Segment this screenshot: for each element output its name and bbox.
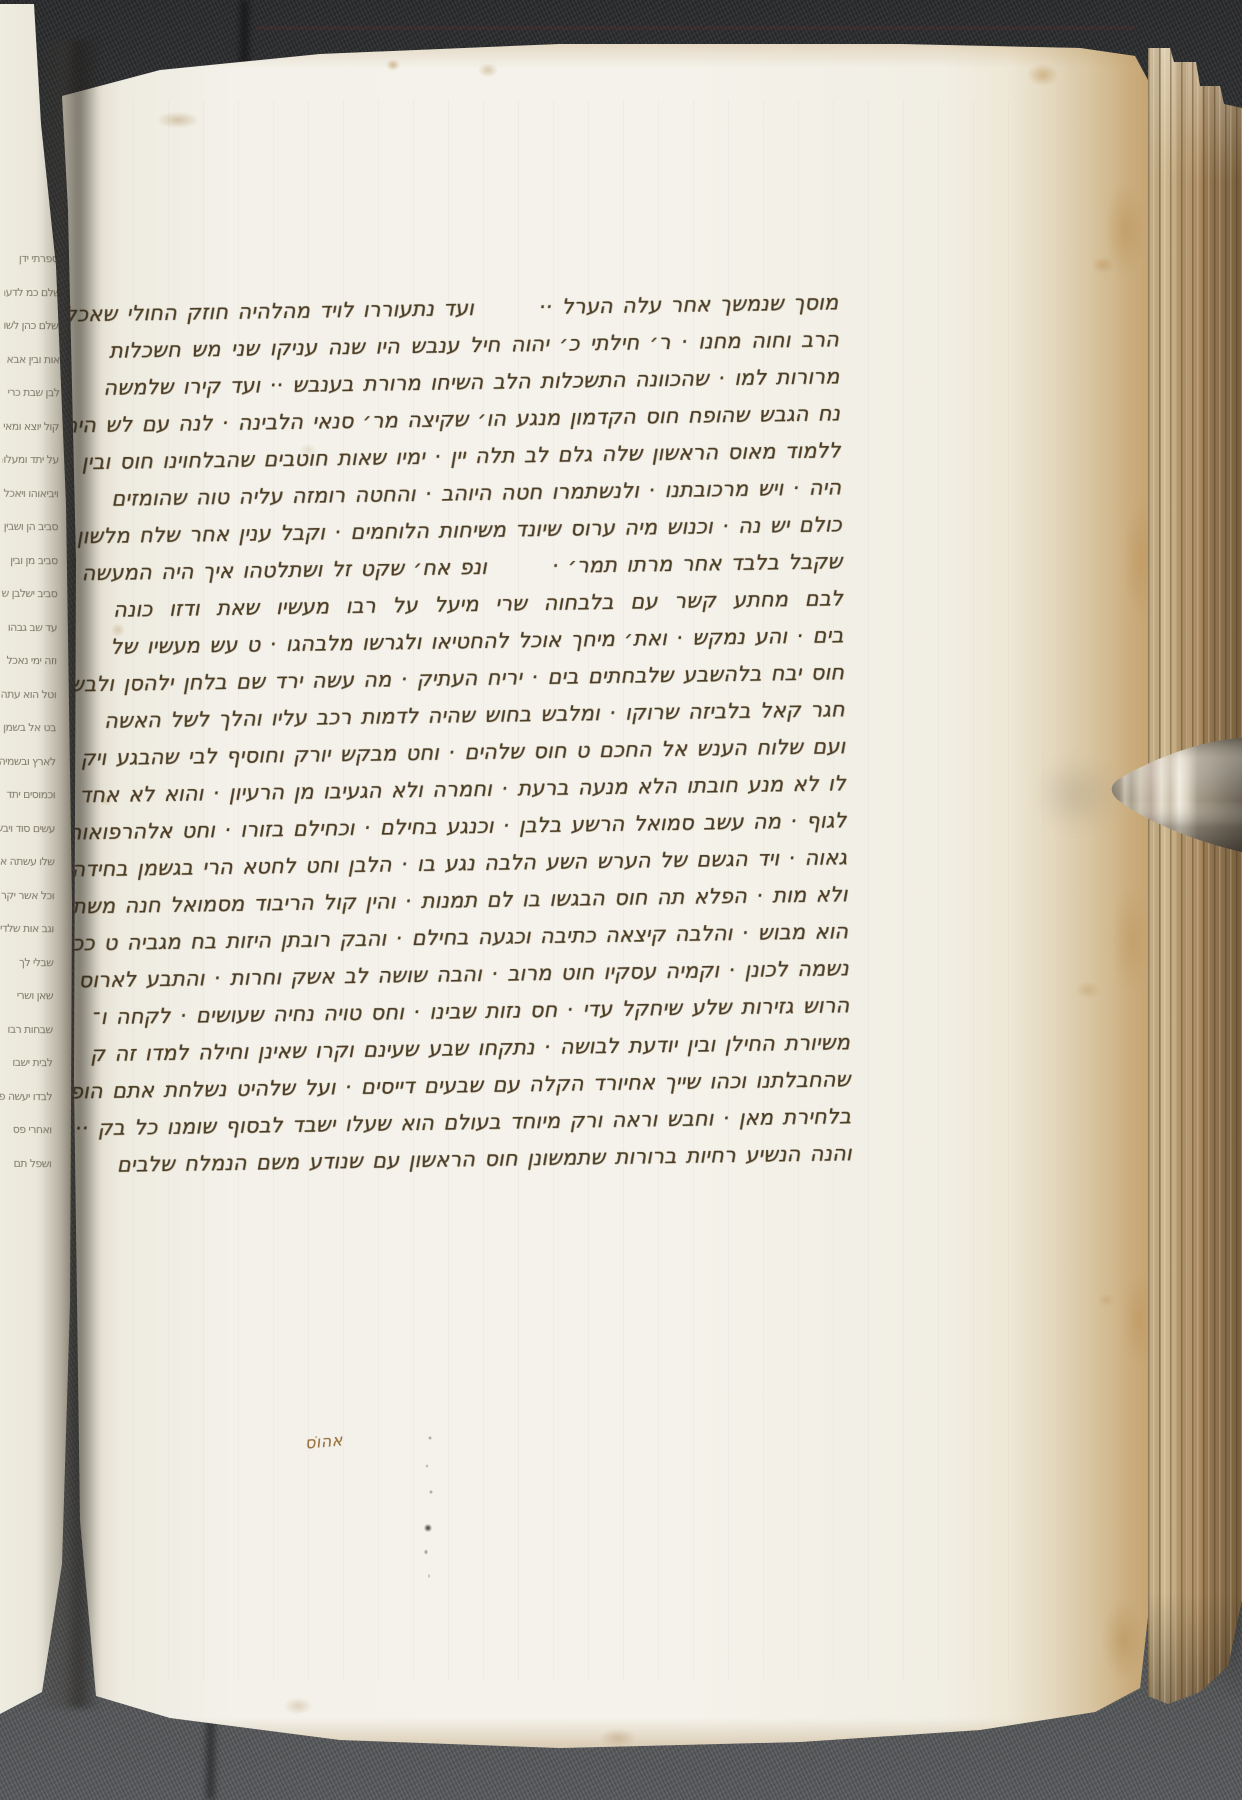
catchword: אהוֹס: [304, 1430, 343, 1452]
glass-page-weight: [1098, 728, 1242, 860]
cloth-stitch-line: [256, 27, 1136, 29]
manuscript-photograph: וספרתי ידןשלם כמ לדעתישלם כהן לשוןאות וב…: [0, 0, 1242, 1800]
fore-edge-leaves: [1148, 42, 1242, 1712]
paragraph-gap: [474, 314, 539, 315]
paragraph-gap: [487, 573, 552, 574]
manuscript-page: מוסך שנמשך אחר עלה הערל ··ועד נתעוררו לו…: [58, 40, 1164, 1752]
gutter-shadow: [38, 40, 100, 1708]
hebrew-text-block: מוסך שנמשך אחר עלה הערל ··ועד נתעוררו לו…: [108, 284, 852, 1183]
ink-blot: [414, 1426, 442, 1596]
